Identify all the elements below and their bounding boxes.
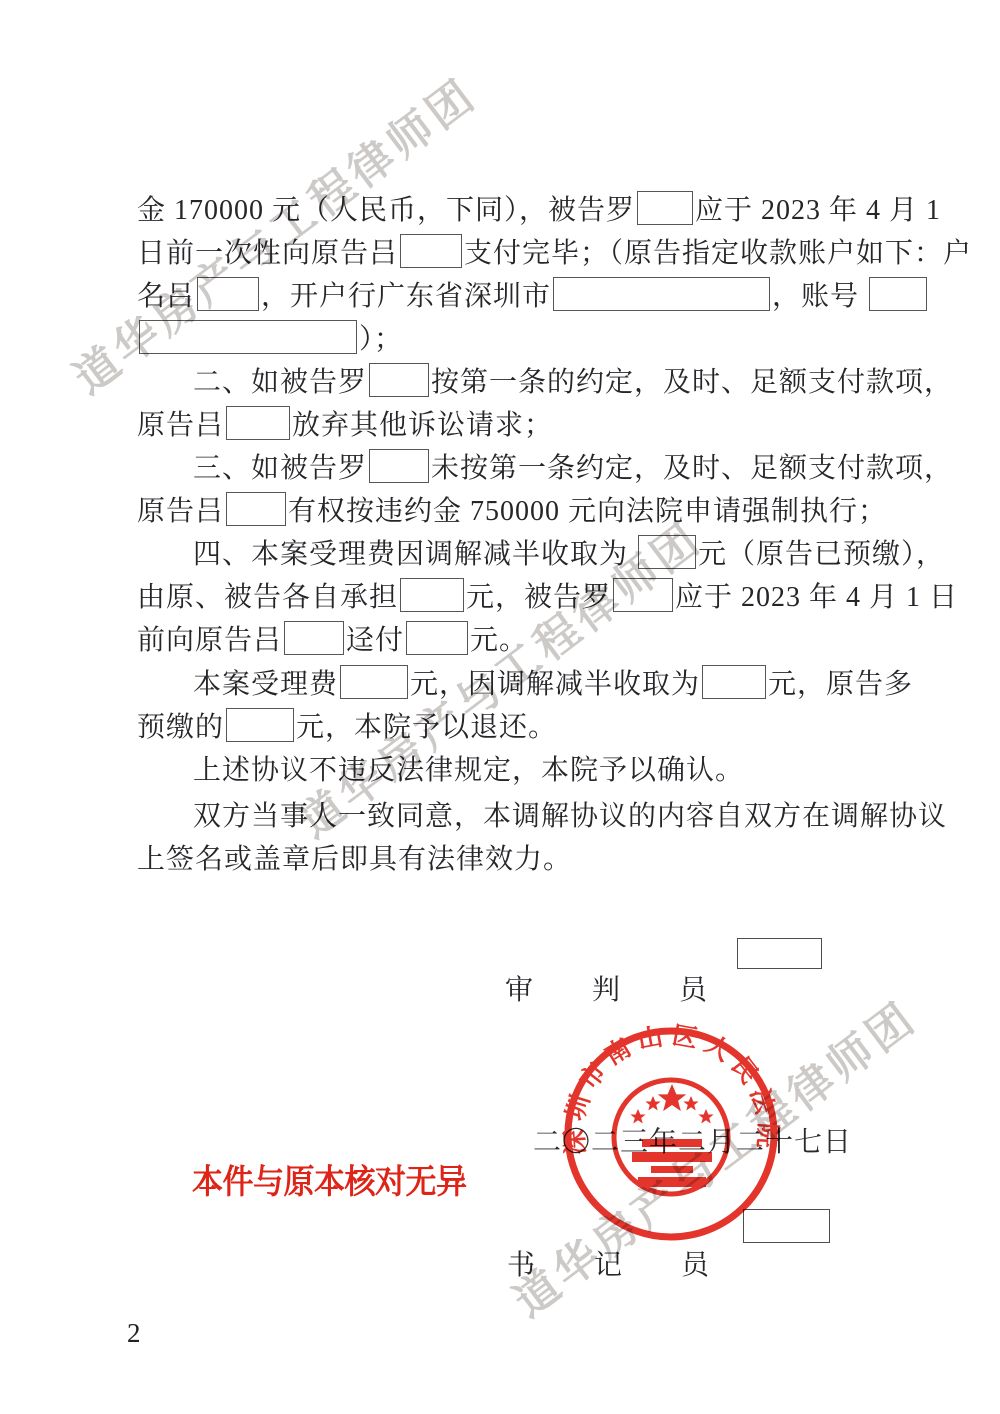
document-line: 上签名或盖章后即具有法律效力。 xyxy=(137,837,887,877)
document-line: 金 170000 元（人民币，下同），被告罗应于 2023 年 4 月 1 xyxy=(137,188,887,228)
text-run: 上述协议不违反法律规定，本院予以确认。 xyxy=(193,748,744,788)
text-run: 上签名或盖章后即具有法律效力。 xyxy=(137,837,572,877)
judge-signature-row: 审 判 员 xyxy=(473,936,708,1040)
text-run: 原告吕 xyxy=(137,489,224,529)
document-line: 上述协议不违反法律规定，本院予以确认。 xyxy=(137,748,887,788)
clerk-signature-row: 书 记 员 xyxy=(475,1211,710,1315)
text-run: 元。 xyxy=(470,618,528,658)
redaction-box xyxy=(613,578,673,612)
document-page: 道华房产与工程律师团 道华房产与工程律师团 道华房产与工程律师团 金 17000… xyxy=(0,0,1000,1414)
judge-label: 审 判 员 xyxy=(505,975,708,1006)
redaction-box xyxy=(637,191,693,225)
text-run: 金 170000 元（人民币，下同），被告罗 xyxy=(137,188,635,228)
verification-note: 本件与原本核对无异 xyxy=(192,1154,467,1203)
text-run: 名吕 xyxy=(137,274,195,314)
page-number: 2 xyxy=(127,1318,141,1349)
text-run: 迳付 xyxy=(346,618,404,658)
text-run: 支付完毕；（原告指定收款账户如下：户 xyxy=(464,231,972,271)
text-run: ，账号 xyxy=(772,274,867,314)
text-run: 按第一条的约定，及时、足额支付款项， xyxy=(431,360,953,400)
document-line: 日前一次性向原告吕支付完毕；（原告指定收款账户如下：户 xyxy=(137,231,887,271)
redaction-box xyxy=(553,277,770,311)
redaction-box xyxy=(369,449,429,483)
text-run: 元，本院予以退还。 xyxy=(296,705,557,745)
document-line: 名吕，开户行广东省深圳市，账号 xyxy=(137,274,887,314)
document-line: 由原、被告各自承担元，被告罗应于 2023 年 4 月 1 日 xyxy=(137,575,887,615)
text-run: 本案受理费 xyxy=(193,662,338,702)
redaction-box xyxy=(638,535,696,569)
document-line: ）； xyxy=(137,317,887,357)
text-run: 双方当事人一致同意，本调解协议的内容自双方在调解协议 xyxy=(193,794,947,834)
redaction-box xyxy=(284,621,344,655)
redaction-box xyxy=(400,578,464,612)
text-run: 二、如被告罗 xyxy=(193,360,367,400)
redaction-box xyxy=(406,621,468,655)
redaction-box xyxy=(340,665,408,699)
text-run: 有权按违约金 750000 元向法院申请强制执行； xyxy=(288,489,887,529)
text-run: 四、本案受理费因调解减半收取为 xyxy=(193,532,636,572)
redaction-box xyxy=(226,708,294,742)
text-run: 元（原告已预缴）， xyxy=(698,532,945,572)
text-run: ，开户行广东省深圳市 xyxy=(261,274,551,314)
document-line: 预缴的元，本院予以退还。 xyxy=(137,705,887,745)
redaction-box xyxy=(400,234,462,268)
clerk-label: 书 记 员 xyxy=(507,1250,710,1281)
decision-date: 二〇二三年二月二十七日 xyxy=(533,1120,852,1160)
text-run: 元，被告罗 xyxy=(466,575,611,615)
document-line: 原告吕放弃其他诉讼请求； xyxy=(137,403,887,443)
redaction-box xyxy=(702,665,766,699)
document-line: 三、如被告罗未按第一条约定，及时、足额支付款项， xyxy=(137,446,887,486)
judge-name-redaction-box xyxy=(737,938,822,969)
text-run: 前向原告吕 xyxy=(137,618,282,658)
redaction-box xyxy=(226,492,286,526)
clerk-name-redaction-box xyxy=(743,1209,830,1243)
text-run: 元，原告多 xyxy=(768,662,913,702)
redaction-box xyxy=(369,363,429,397)
redaction-box xyxy=(226,406,290,440)
text-run: 预缴的 xyxy=(137,705,224,745)
text-run: ）； xyxy=(359,317,403,357)
text-run: 原告吕 xyxy=(137,403,224,443)
redaction-box xyxy=(197,277,259,311)
text-run: 未按第一条约定，及时、足额支付款项， xyxy=(431,446,953,486)
text-run: 三、如被告罗 xyxy=(193,446,367,486)
text-run: 由原、被告各自承担 xyxy=(137,575,398,615)
redaction-box xyxy=(139,320,357,354)
document-line: 本案受理费元，因调解减半收取为元，原告多 xyxy=(137,662,887,702)
text-run: 放弃其他诉讼请求； xyxy=(292,403,553,443)
document-line: 前向原告吕迳付元。 xyxy=(137,618,887,658)
text-run: 日前一次性向原告吕 xyxy=(137,231,398,271)
document-line: 双方当事人一致同意，本调解协议的内容自双方在调解协议 xyxy=(137,794,887,834)
document-line: 原告吕有权按违约金 750000 元向法院申请强制执行； xyxy=(137,489,887,529)
text-run: 元，因调解减半收取为 xyxy=(410,662,700,702)
document-line: 四、本案受理费因调解减半收取为 元（原告已预缴）， xyxy=(137,532,887,572)
text-run: 应于 2023 年 4 月 1 xyxy=(695,188,941,228)
redaction-box xyxy=(869,277,927,311)
document-line: 二、如被告罗按第一条的约定，及时、足额支付款项， xyxy=(137,360,887,400)
text-run: 应于 2023 年 4 月 1 日 xyxy=(675,575,958,615)
